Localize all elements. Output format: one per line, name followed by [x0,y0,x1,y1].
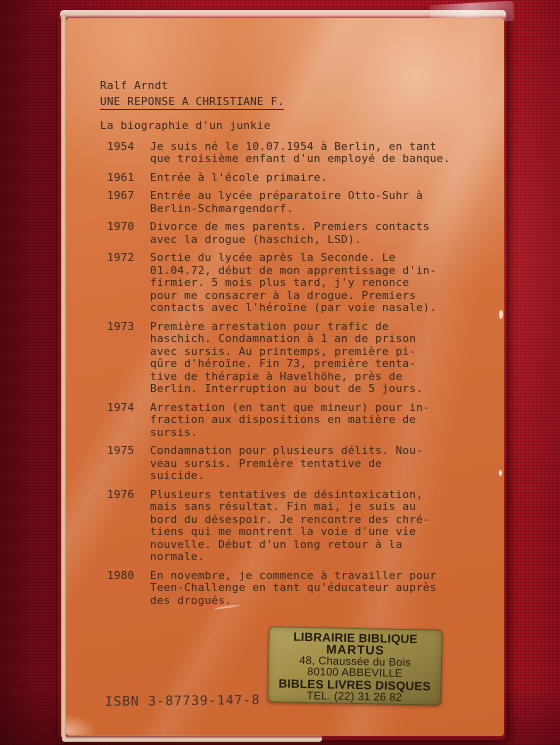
timeline-year: 1974 [107,402,150,440]
scuff-mark [499,310,503,319]
timeline-year: 1954 [107,141,150,166]
timeline-entry: 1974 Arrestation (en tant que mineur) po… [100,402,476,440]
timeline-entry: 1967 Entrée au lycée préparatoire Otto-S… [100,190,476,215]
timeline-entry: 1954 Je suis né le 10.07.1954 à Berlin, … [100,141,476,166]
timeline-year: 1972 [107,252,150,315]
timeline-year: 1961 [107,172,150,185]
timeline-entry: 1980 En novembre, je commence à travaill… [100,570,476,608]
timeline-entry: 1961 Entrée à l'école primaire. [100,172,476,185]
timeline-text: Plusieurs tentatives de désintoxication,… [150,489,476,564]
book-back-cover: Ralf Arndt UNE REPONSE A CHRISTIANE F. L… [58,10,506,740]
biography-timeline: 1954 Je suis né le 10.07.1954 à Berlin, … [100,141,476,608]
timeline-entry: 1972 Sortie du lycée après la Seconde. L… [100,252,476,315]
cover-surface: Ralf Arndt UNE REPONSE A CHRISTIANE F. L… [66,18,504,736]
timeline-text: Arrestation (en tant que mineur) pour in… [150,402,476,440]
timeline-text: En novembre, je commence à travailler po… [150,570,476,608]
book-page-edges-bottom [62,735,322,742]
timeline-entry: 1970 Divorce de mes parents. Premiers co… [100,221,476,246]
timeline-entry: 1975 Condamnation pour plusieurs délits.… [100,445,476,483]
timeline-text: Entrée à l'école primaire. [150,172,476,185]
red-fabric-background: Ralf Arndt UNE REPONSE A CHRISTIANE F. L… [0,0,560,745]
timeline-year: 1975 [107,445,150,483]
timeline-text: Je suis né le 10.07.1954 à Berlin, en ta… [150,141,476,166]
timeline-year: 1976 [107,489,150,564]
scuff-mark [499,470,502,476]
timeline-year: 1973 [107,321,150,396]
timeline-text: Entrée au lycée préparatoire Otto-Suhr à… [150,190,476,215]
subtitle: La biographie d'un junkie [100,120,476,133]
timeline-year: 1970 [107,221,150,246]
timeline-text: Divorce de mes parents. Premiers contact… [150,221,476,246]
timeline-text: Première arrestation pour trafic de hasc… [150,321,476,396]
timeline-text: Condamnation pour plusieurs délits. Nou-… [150,445,476,483]
timeline-year: 1980 [107,570,150,608]
timeline-text: Sortie du lycée après la Seconde. Le 01.… [150,252,476,315]
back-cover-text: Ralf Arndt UNE REPONSE A CHRISTIANE F. L… [100,80,476,613]
timeline-entry: 1976 Plusieurs tentatives de désintoxica… [100,489,476,564]
timeline-year: 1967 [107,190,150,215]
bookstore-sticker: LIBRAIRIE BIBLIQUE MARTUS 48, Chaussée d… [267,626,442,705]
book-title: UNE REPONSE A CHRISTIANE F. [100,96,284,111]
worn-corner [66,715,96,735]
isbn: ISBN 3-87739-147-8 [105,693,260,710]
timeline-entry: 1973 Première arrestation pour trafic de… [100,321,476,396]
author-name: Ralf Arndt [100,80,476,93]
